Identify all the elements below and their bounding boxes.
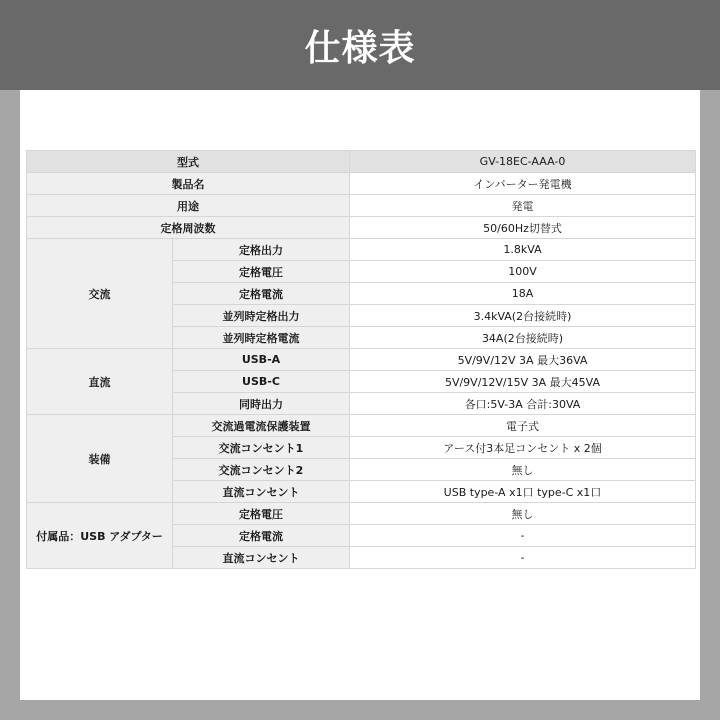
row-label: 直流コンセント bbox=[173, 547, 350, 569]
row-label: 定格周波数 bbox=[27, 217, 350, 239]
group-label-equipment: 装備 bbox=[27, 415, 173, 503]
row-label: 定格電流 bbox=[173, 283, 350, 305]
row-label: 直流コンセント bbox=[173, 481, 350, 503]
row-label: USB-C bbox=[173, 371, 350, 393]
header-banner: 仕様表 bbox=[0, 0, 720, 90]
row-label: 交流過電流保護装置 bbox=[173, 415, 350, 437]
row-value: 1.8kVA bbox=[350, 239, 696, 261]
row-value: 無し bbox=[350, 459, 696, 481]
spec-table: 型式 GV-18EC-AAA-0 製品名 インバーター発電機 用途 発電 定格周… bbox=[26, 150, 696, 569]
row-label: 交流コンセント1 bbox=[173, 437, 350, 459]
row-label: USB-A bbox=[173, 349, 350, 371]
content-panel: 型式 GV-18EC-AAA-0 製品名 インバーター発電機 用途 発電 定格周… bbox=[20, 90, 700, 700]
group-label-ac: 交流 bbox=[27, 239, 173, 349]
row-value: 18A bbox=[350, 283, 696, 305]
table-row: 交流 定格出力 1.8kVA bbox=[27, 239, 696, 261]
row-value: 3.4kVA(2台接続時) bbox=[350, 305, 696, 327]
table-row: 装備 交流過電流保護装置 電子式 bbox=[27, 415, 696, 437]
table-row-model: 型式 GV-18EC-AAA-0 bbox=[27, 151, 696, 173]
row-value: 50/60Hz切替式 bbox=[350, 217, 696, 239]
row-value: 無し bbox=[350, 503, 696, 525]
group-label-dc: 直流 bbox=[27, 349, 173, 415]
row-label: 製品名 bbox=[27, 173, 350, 195]
row-label: 定格出力 bbox=[173, 239, 350, 261]
page-title: 仕様表 bbox=[304, 20, 415, 71]
row-value: 電子式 bbox=[350, 415, 696, 437]
table-row: 付属品：USB アダプター 定格電圧 無し bbox=[27, 503, 696, 525]
row-label: 定格電流 bbox=[173, 525, 350, 547]
row-value: 5V/9V/12V 3A 最大36VA bbox=[350, 349, 696, 371]
row-value: 5V/9V/12V/15V 3A 最大45VA bbox=[350, 371, 696, 393]
row-value: 34A(2台接続時) bbox=[350, 327, 696, 349]
row-label: 並列時定格電流 bbox=[173, 327, 350, 349]
row-value: USB type-A x1口 type-C x1口 bbox=[350, 481, 696, 503]
row-label: 用途 bbox=[27, 195, 350, 217]
row-value: GV-18EC-AAA-0 bbox=[350, 151, 696, 173]
table-row-use: 用途 発電 bbox=[27, 195, 696, 217]
row-label: 定格電圧 bbox=[173, 503, 350, 525]
row-label: 同時出力 bbox=[173, 393, 350, 415]
row-label: 定格電圧 bbox=[173, 261, 350, 283]
row-value: - bbox=[350, 547, 696, 569]
group-label-accessory: 付属品：USB アダプター bbox=[27, 503, 173, 569]
row-label: 型式 bbox=[27, 151, 350, 173]
row-value: インバーター発電機 bbox=[350, 173, 696, 195]
row-label: 並列時定格出力 bbox=[173, 305, 350, 327]
row-value: 各口:5V-3A 合計:30VA bbox=[350, 393, 696, 415]
table-row-frequency: 定格周波数 50/60Hz切替式 bbox=[27, 217, 696, 239]
row-value: アース付3本足コンセント x 2個 bbox=[350, 437, 696, 459]
table-row-product-name: 製品名 インバーター発電機 bbox=[27, 173, 696, 195]
row-value: 100V bbox=[350, 261, 696, 283]
row-label: 交流コンセント2 bbox=[173, 459, 350, 481]
row-value: - bbox=[350, 525, 696, 547]
table-row: 直流 USB-A 5V/9V/12V 3A 最大36VA bbox=[27, 349, 696, 371]
row-value: 発電 bbox=[350, 195, 696, 217]
